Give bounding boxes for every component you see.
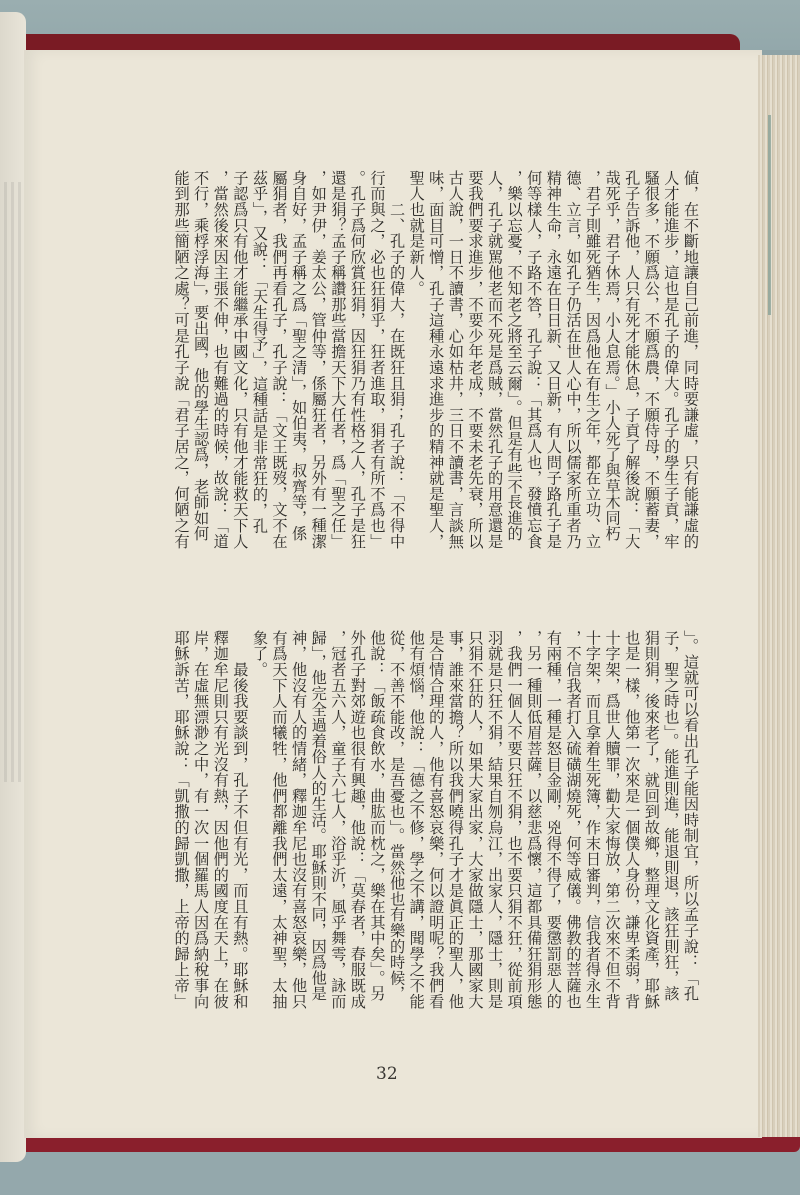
- text-column: 歸」，他完全過着俗人的生活。耶穌則不同，因爲他是: [308, 630, 328, 1090]
- background-surface-bottom: [0, 1145, 800, 1195]
- text-column: 」。這就可以看出孔子能因時制宜，所以孟子說：「孔: [680, 630, 700, 1090]
- text-column: 人才能進步，這也是孔子的偉大。孔子的學生子貢，牢: [661, 170, 681, 630]
- text-column: 象了。: [249, 630, 269, 1090]
- text-column: 味，面目可憎，孔子這種永遠求進步的精神就是聖人，: [426, 170, 446, 630]
- text-column: 釋迦牟尼則只有光沒有熱，因他們的國度在天上，在彼: [210, 630, 230, 1090]
- text-block-lower: 」。這就可以看出孔子能因時制宜，所以孟子說：「孔 子，聖之時也」。能進則進，能退…: [171, 630, 700, 1090]
- text-column: 十字架，而且拿着生死簿，作末日審判，信我者得永生: [582, 630, 602, 1090]
- text-column: 也是一樣，他第一次來是一個僕人身份，謙卑柔弱，背: [622, 630, 642, 1090]
- paragraph-start-column: 最後我要談到，孔子不但有光，而且有熱。耶穌和: [230, 630, 250, 1090]
- text-column: 神，他沒有人的情緒，釋迦牟尼也沒有喜怒哀樂，他只: [289, 630, 309, 1090]
- previous-page-edge: [0, 12, 26, 1162]
- text-column: 羽就是只狂不狷，結果自刎烏江，出家人，隱士，則是: [484, 630, 504, 1090]
- text-column: 人，孔子就駡他老而不死是爲賊，當然孔子的用意還是: [484, 170, 504, 630]
- section-heading-column: 二、孔子的偉大，在既狂且狷；孔子說：「不得中: [387, 170, 407, 630]
- text-column: 聖人也就是新人。: [406, 170, 426, 630]
- text-column: 還是狷？孟子稱讚那些當擔天下大任者，爲「聖之任」: [328, 170, 348, 630]
- bookmark-ribbon: [768, 115, 771, 315]
- text-column: ，冠者五六人，童子六七人，浴乎沂，風乎舞雩，詠而: [328, 630, 348, 1090]
- text-column: 他有煩惱，他說：「德之不修，學之不講，聞學之不能: [406, 630, 426, 1090]
- text-column: 岸，在虛無漂渺之中，有一次一個羅馬人因爲納稅事向: [191, 630, 211, 1090]
- text-column: ，如尹伊，姜太公，管仲等，係屬狂者，另外有一種潔: [308, 170, 328, 630]
- text-column: 狷則狷，後來老了，就回到故鄉，整理文化資產，耶穌: [641, 630, 661, 1090]
- text-column: 只狷不狂的人，如果大家出家，大家做隱士，那國家大: [465, 630, 485, 1090]
- text-column: 有兩種，一種是怒目金剛，兇得不得了，要懲罰惡人的: [543, 630, 563, 1090]
- text-column: 哉死乎，君子休焉，小人息焉。」小人死了與草木同朽: [602, 170, 622, 630]
- text-column: 孔子告訴他，人只有死才能休息，子貢了解後說：「大: [622, 170, 642, 630]
- text-block-upper: 値，在不斷地讓自己前進，同時要謙虛，只有能謙虛的 人才能進步，這也是孔子的偉大。…: [171, 170, 700, 630]
- text-column: 行而與之，必也狂狷乎，狂者進取，狷者有所不爲也」: [367, 170, 387, 630]
- text-column: 是合情合理的人，他有喜怒哀樂，何以證明呢？我們看: [426, 630, 446, 1090]
- text-column: 十字架，爲世人贖罪，勸大家悔放，第二次來不但不背: [602, 630, 622, 1090]
- text-column: 事，誰來當擔？所以我們曉得孔子才是眞正的聖人，他: [445, 630, 465, 1090]
- page-stack-edge: [758, 55, 800, 1137]
- text-column: ，我們一個人不要只狂不狷，也不要只狷不狂，從前項: [504, 630, 524, 1090]
- text-column: 茲乎」，又說：「天生得予」，這種話是非常狂的，孔: [249, 170, 269, 630]
- text-column: 騷很多，不願爲公，不願爲農，不願侍母，不願蓄妻，: [641, 170, 661, 630]
- text-column: 從，不善不能改，是吾憂也」。當然他也有樂的時候，: [387, 630, 407, 1090]
- text-column: 子認爲只有他才能繼承中國文化，只有他才能救天下人: [230, 170, 250, 630]
- text-column: 精神生命，永遠在日日新、又日新，有人問子路孔子是: [543, 170, 563, 630]
- text-column: 耶穌訴苦，耶穌說：「凱撒的歸凱撒，上帝的歸上帝」: [171, 630, 191, 1090]
- text-column: 外孔子對郊遊也很有興趣，他說：「莫春者，春服既成: [347, 630, 367, 1090]
- text-column: ，君子則雖死猶生，因爲他在有生之年，都在立功、立: [582, 170, 602, 630]
- text-column: ，當然後來因主張不伸，也有難過的時候，故說：「道: [210, 170, 230, 630]
- text-column: 子，聖之時也」。能進則進，能退則退，該狂則狂，該: [661, 630, 681, 1090]
- bleed-through-text: [4, 182, 22, 782]
- text-column: 不行，乘桴浮海」，要出國，他的學生認爲，老師如何: [191, 170, 211, 630]
- text-column: 能到那些簡陋之處？可是孔子說「君子居之，何陋之有: [171, 170, 191, 630]
- text-column: 他說：「飯疏食飲水，曲肱而枕之，樂在其中矣」。另: [367, 630, 387, 1090]
- text-column: 古人說，一日不讀書，心如枯井，三日不讀書，言談無: [445, 170, 465, 630]
- text-column: 要我們要求進步，不要少年老成，不要未老先衰，所以: [465, 170, 485, 630]
- text-column: ，不信我者打入硫磺湖燒死，何等威儀。佛教的菩薩也: [563, 630, 583, 1090]
- text-column: 屬狷者，我們再看孔子，孔子說：「文王既歿，文不在: [269, 170, 289, 630]
- text-column: 有爲天下人而犧牲，他們都離我們太遠，太神聖，太抽: [269, 630, 289, 1090]
- page-number: 32: [376, 1064, 398, 1084]
- text-column: 。孔子爲何欣賞狂狷，因狂狷乃有性格之人，孔子是狂: [347, 170, 367, 630]
- text-column: ，樂以忘憂，不知老之將至云爾」。但是有些不長進的: [504, 170, 524, 630]
- text-column: 身自好，孟子稱之爲「聖之清」，如伯夷，叔齊等，係: [289, 170, 309, 630]
- text-column: 德、立言，如孔子仍活在世人心中，所以儒家所重者乃: [563, 170, 583, 630]
- text-column: 値，在不斷地讓自己前進，同時要謙虛，只有能謙虛的: [680, 170, 700, 630]
- text-column: 何等樣人，子路不答，孔子說：「其爲人也，發憤忘食: [524, 170, 544, 630]
- text-column: ，另一種則低眉菩薩，以慈悲爲懷，這都具備狂狷形態: [524, 630, 544, 1090]
